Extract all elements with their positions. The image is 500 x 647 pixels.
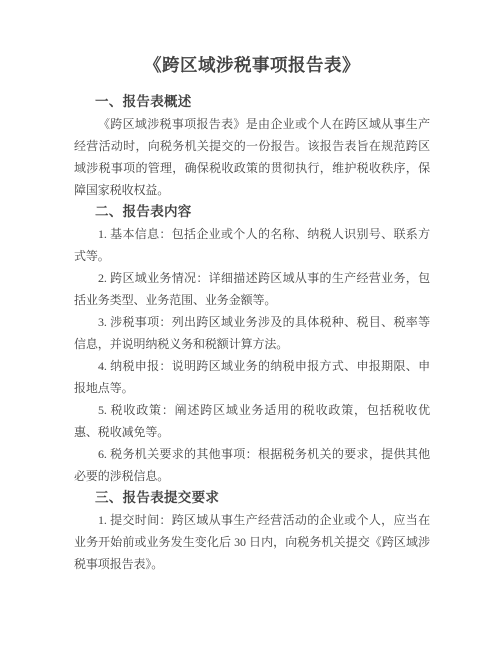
paragraph: 1. 提交时间：跨区域从事生产经营活动的企业或个人，应当在业务开始前或业务发生变… xyxy=(74,509,430,575)
paragraph: 2. 跨区域业务情况：详细描述跨区域从事的生产经营业务，包括业务类型、业务范围、… xyxy=(74,267,430,311)
paragraph: 3. 涉税事项：列出跨区域业务涉及的具体税种、税目、税率等信息，并说明纳税义务和… xyxy=(74,311,430,355)
document-page: 《跨区域涉税事项报告表》 一、报告表概述《跨区域涉税事项报告表》是由企业或个人在… xyxy=(0,0,500,647)
paragraph: 4. 纳税申报：说明跨区域业务的纳税申报方式、申报期限、申报地点等。 xyxy=(74,355,430,399)
section-heading: 一、报告表概述 xyxy=(74,91,430,113)
document-title: 《跨区域涉税事项报告表》 xyxy=(74,52,430,78)
paragraph: 5. 税收政策：阐述跨区域业务适用的税收政策，包括税收优惠、税收减免等。 xyxy=(74,399,430,443)
section-heading: 二、报告表内容 xyxy=(74,201,430,223)
paragraph: 1. 基本信息：包括企业或个人的名称、纳税人识别号、联系方式等。 xyxy=(74,223,430,267)
section-heading: 三、报告表提交要求 xyxy=(74,487,430,509)
paragraph: 《跨区域涉税事项报告表》是由企业或个人在跨区域从事生产经营活动时，向税务机关提交… xyxy=(74,113,430,201)
document-body: 一、报告表概述《跨区域涉税事项报告表》是由企业或个人在跨区域从事生产经营活动时，… xyxy=(74,91,430,575)
paragraph: 6. 税务机关要求的其他事项：根据税务机关的要求，提供其他必要的涉税信息。 xyxy=(74,443,430,487)
